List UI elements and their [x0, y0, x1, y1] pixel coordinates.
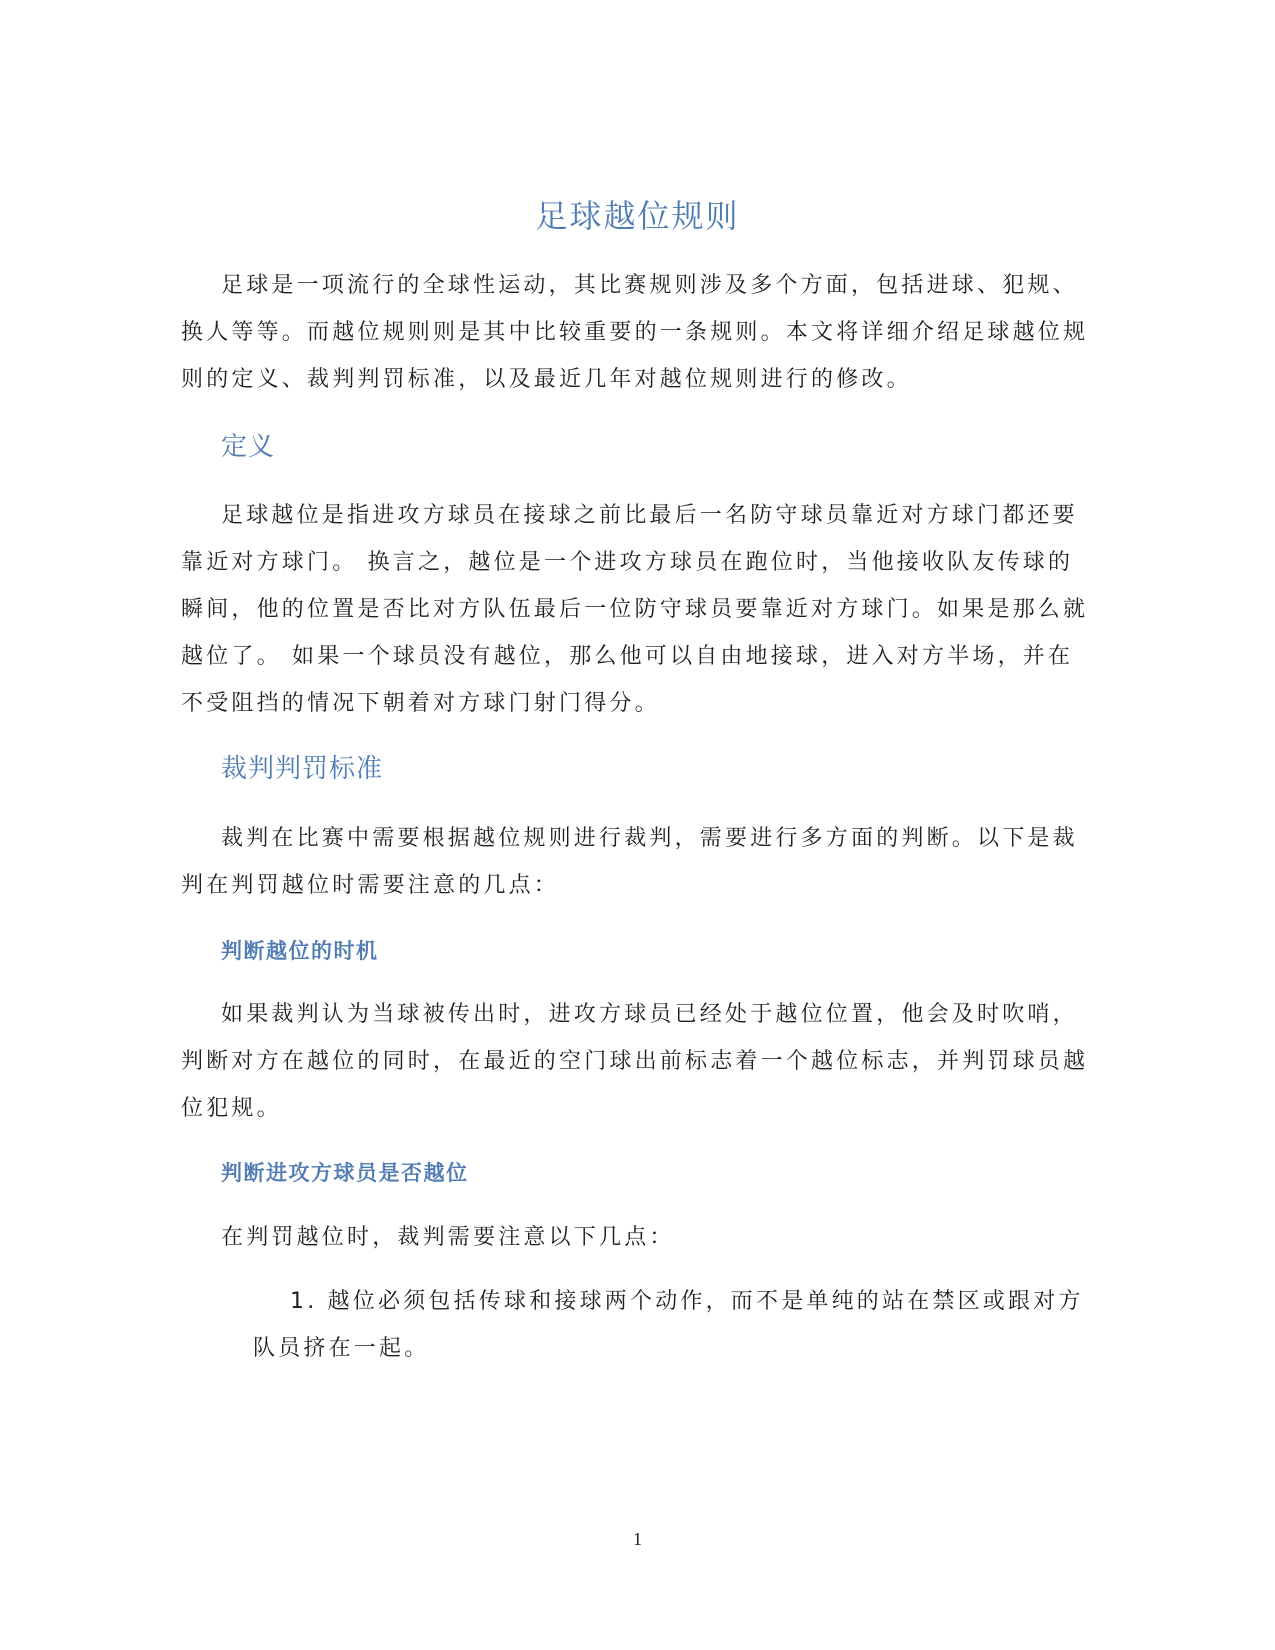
section-heading-referee-standards: 裁判判罚标准 [221, 752, 383, 786]
subsection-heading-attacker-offside: 判断进攻方球员是否越位 [221, 1158, 469, 1188]
intro-paragraph: 足球是一项流行的全球性运动，其比赛规则涉及多个方面，包括进球、犯规、 换人等等。… [181, 262, 1061, 403]
definition-line: 瞬间，他的位置是否比对方队伍最后一位防守球员要靠近对方球门。如果是那么就 [181, 586, 1061, 633]
page-number: 1 [0, 1528, 1275, 1550]
timing-paragraph: 如果裁判认为当球被传出时，进攻方球员已经处于越位位置，他会及时吹哨， 判断对方在… [181, 991, 1061, 1132]
section-heading-definition: 定义 [221, 430, 275, 464]
attacker-offside-line: 在判罚越位时，裁判需要注意以下几点： [181, 1214, 1061, 1261]
list-item-text: 越位必须包括传球和接球两个动作，而不是单纯的站在禁区或跟对方 [328, 1289, 1084, 1314]
definition-line: 足球越位是指进攻方球员在接球之前比最后一名防守球员靠近对方球门都还要 [181, 492, 1061, 539]
timing-line: 判断对方在越位的同时，在最近的空门球出前标志着一个越位标志，并判罚球员越 [181, 1038, 1061, 1085]
document-title: 足球越位规则 [0, 196, 1275, 236]
intro-line: 则的定义、裁判判罚标准，以及最近几年对越位规则进行的修改。 [181, 356, 1061, 403]
subsection-heading-timing: 判断越位的时机 [221, 936, 379, 966]
referee-standards-line: 判在判罚越位时需要注意的几点： [181, 862, 1061, 909]
timing-line: 位犯规。 [181, 1085, 1061, 1132]
definition-line: 不受阻挡的情况下朝着对方球门射门得分。 [181, 680, 1061, 727]
definition-paragraph: 足球越位是指进攻方球员在接球之前比最后一名防守球员靠近对方球门都还要 靠近对方球… [181, 492, 1061, 727]
attacker-offside-paragraph: 在判罚越位时，裁判需要注意以下几点： [181, 1214, 1061, 1261]
intro-line: 足球是一项流行的全球性运动，其比赛规则涉及多个方面，包括进球、犯规、 [181, 262, 1061, 309]
definition-line: 靠近对方球门。 换言之，越位是一个进攻方球员在跑位时，当他接收队友传球的 [181, 539, 1061, 586]
document-page: 足球越位规则 足球是一项流行的全球性运动，其比赛规则涉及多个方面，包括进球、犯规… [0, 0, 1275, 1650]
referee-standards-paragraph: 裁判在比赛中需要根据越位规则进行裁判，需要进行多方面的判断。以下是裁 判在判罚越… [181, 815, 1061, 909]
timing-line: 如果裁判认为当球被传出时，进攻方球员已经处于越位位置，他会及时吹哨， [181, 991, 1061, 1038]
list-item-line: 1. 越位必须包括传球和接球两个动作，而不是单纯的站在禁区或跟对方 [253, 1278, 1053, 1325]
list-item-line: 队员挤在一起。 [253, 1325, 1053, 1372]
referee-standards-line: 裁判在比赛中需要根据越位规则进行裁判，需要进行多方面的判断。以下是裁 [181, 815, 1061, 862]
intro-line: 换人等等。而越位规则则是其中比较重要的一条规则。本文将详细介绍足球越位规 [181, 309, 1061, 356]
list-item-number: 1. [290, 1289, 317, 1314]
definition-line: 越位了。 如果一个球员没有越位，那么他可以自由地接球，进入对方半场，并在 [181, 633, 1061, 680]
numbered-list-item: 1. 越位必须包括传球和接球两个动作，而不是单纯的站在禁区或跟对方 队员挤在一起… [253, 1278, 1053, 1372]
